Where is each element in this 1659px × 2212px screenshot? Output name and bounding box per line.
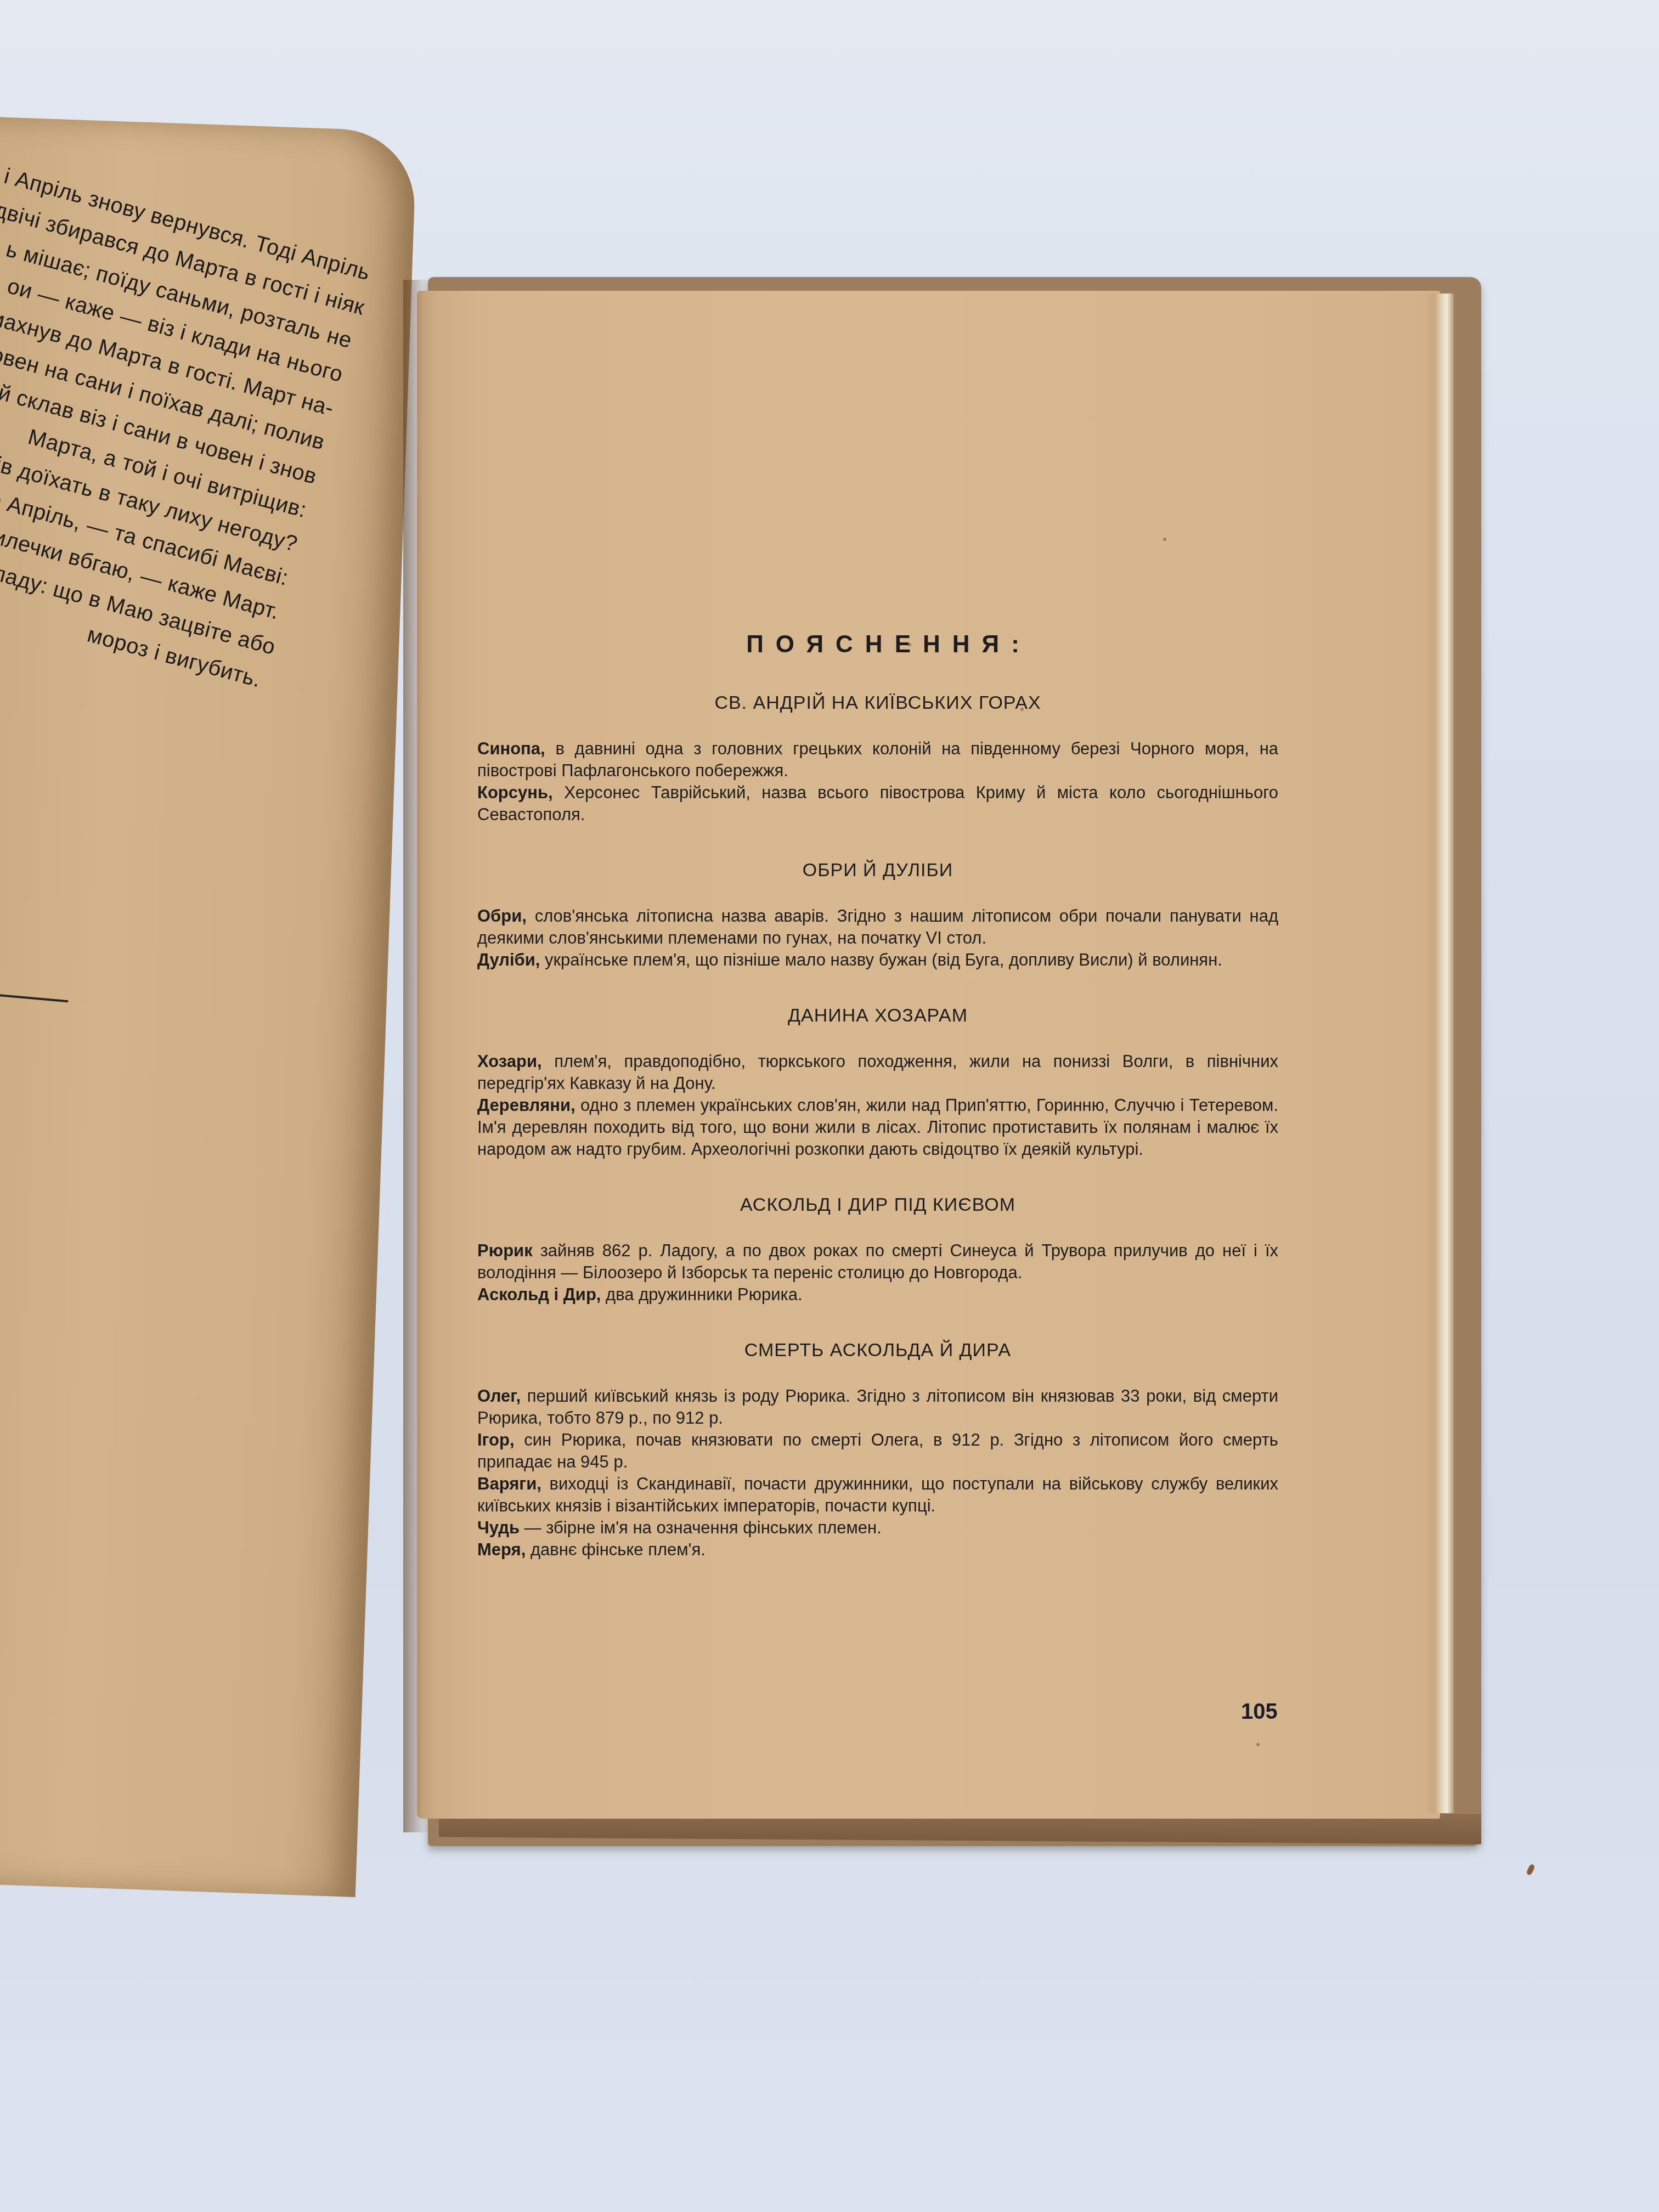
- glossary-definition: Херсонес Таврійський, назва всього півос…: [477, 783, 1278, 824]
- glossary-definition: слов'янська літописна назва аварів. Згід…: [477, 906, 1278, 947]
- glossary-entry: Олег, перший київський князь із роду Рюр…: [477, 1385, 1278, 1429]
- section-end-rule: [0, 992, 68, 1002]
- page-title: ПОЯСНЕННЯ:: [477, 631, 1278, 658]
- glossary-entry: Чудь — збірне ім'я на означення фінських…: [477, 1517, 1278, 1539]
- glossary-definition: одно з племен українських слов'ян, жили …: [477, 1096, 1278, 1159]
- glossary-definition: давнє фінське плем'я.: [526, 1540, 706, 1559]
- section-heading: ДАНИНА ХОЗАРАМ: [477, 1005, 1278, 1026]
- glossary-term: Синопа,: [477, 739, 545, 758]
- glossary-term: Деревляни,: [477, 1096, 575, 1115]
- left-page: і Апріль знову вернувся. Тоді Апріль дві…: [0, 115, 417, 1897]
- glossary-term: Меря,: [477, 1540, 526, 1559]
- paper-speck: [1163, 538, 1166, 541]
- glossary-definition: плем'я, правдоподібно, тюркського походж…: [477, 1052, 1278, 1093]
- glossary-definition: виходці із Скандинавії, почасти дружинни…: [477, 1474, 1278, 1515]
- section-heading: ОБРИ Й ДУЛІБИ: [477, 860, 1278, 881]
- section-danyna-khozaram: ДАНИНА ХОЗАРАМ Хозари, плем'я, правдопод…: [477, 1005, 1278, 1160]
- glossary-definition: перший київський князь із роду Рюрика. З…: [477, 1386, 1278, 1427]
- glossary-entry: Варяги, виходці із Скандинавії, почасти …: [477, 1473, 1278, 1517]
- glossary-term: Варяги,: [477, 1474, 541, 1493]
- glossary-term: Чудь: [477, 1518, 520, 1537]
- section-smert-askolda: СМЕРТЬ АСКОЛЬДА Й ДИРА Олег, перший київ…: [477, 1340, 1278, 1561]
- glossary-definition: в давнині одна з головних грецьких колон…: [477, 739, 1278, 780]
- glossary-term: Ігор,: [477, 1430, 515, 1449]
- glossary-entry: Меря, давнє фінське плем'я.: [477, 1539, 1278, 1561]
- right-page-content: ПОЯСНЕННЯ: СВ. АНДРІЙ НА КИЇВСЬКИХ ГОРАХ…: [477, 631, 1278, 1595]
- glossary-entry: Рюрик зайняв 862 р. Ладогу, а по двох ро…: [477, 1240, 1278, 1284]
- section-heading: АСКОЛЬД І ДИР ПІД КИЄВОМ: [477, 1194, 1278, 1216]
- glossary-definition: син Рюрика, почав князювати по смерті Ол…: [477, 1430, 1278, 1471]
- glossary-entry: Обри, слов'янська літописна назва аварів…: [477, 905, 1278, 949]
- glossary-definition: українське плем'я, що пізніше мало назву…: [540, 950, 1222, 969]
- debris-fleck: [1526, 1864, 1536, 1876]
- section-heading: СВ. АНДРІЙ НА КИЇВСЬКИХ ГОРАХ: [477, 692, 1278, 714]
- glossary-term: Корсунь,: [477, 783, 553, 802]
- glossary-definition: зайняв 862 р. Ладогу, а по двох роках по…: [477, 1241, 1278, 1282]
- section-askold-dyr-kyiv: АСКОЛЬД І ДИР ПІД КИЄВОМ Рюрик зайняв 86…: [477, 1194, 1278, 1306]
- glossary-entry: Синопа, в давнині одна з головних грецьк…: [477, 738, 1278, 782]
- section-andriy: СВ. АНДРІЙ НА КИЇВСЬКИХ ГОРАХ Синопа, в …: [477, 692, 1278, 826]
- glossary-definition: два дружинники Рюрика.: [601, 1285, 802, 1304]
- glossary-entry: Ігор, син Рюрика, почав князювати по сме…: [477, 1429, 1278, 1473]
- glossary-term: Аскольд і Дир,: [477, 1285, 601, 1304]
- page-stack-edges: [1426, 294, 1454, 1813]
- section-obry-duliby: ОБРИ Й ДУЛІБИ Обри, слов'янська літописн…: [477, 860, 1278, 971]
- glossary-entry: Хозари, плем'я, правдоподібно, тюркськог…: [477, 1051, 1278, 1094]
- section-heading: СМЕРТЬ АСКОЛЬДА Й ДИРА: [477, 1340, 1278, 1361]
- glossary-term: Рюрик: [477, 1241, 533, 1260]
- page-number: 105: [1241, 1700, 1278, 1724]
- glossary-definition: — збірне ім'я на означення фінських плем…: [520, 1518, 882, 1537]
- book-gutter-shadow: [403, 280, 436, 1832]
- glossary-term: Олег,: [477, 1386, 521, 1406]
- glossary-term: Хозари,: [477, 1052, 542, 1071]
- glossary-term: Дуліби,: [477, 950, 540, 969]
- glossary-entry: Деревляни, одно з племен українських сло…: [477, 1094, 1278, 1160]
- glossary-entry: Дуліби, українське плем'я, що пізніше ма…: [477, 949, 1278, 971]
- glossary-entry: Аскольд і Дир, два дружинники Рюрика.: [477, 1284, 1278, 1306]
- glossary-entry: Корсунь, Херсонес Таврійський, назва всь…: [477, 782, 1278, 826]
- left-page-text: і Апріль знову вернувся. Тоді Апріль дві…: [0, 159, 374, 697]
- paper-speck: [1256, 1743, 1260, 1746]
- glossary-term: Обри,: [477, 906, 527, 926]
